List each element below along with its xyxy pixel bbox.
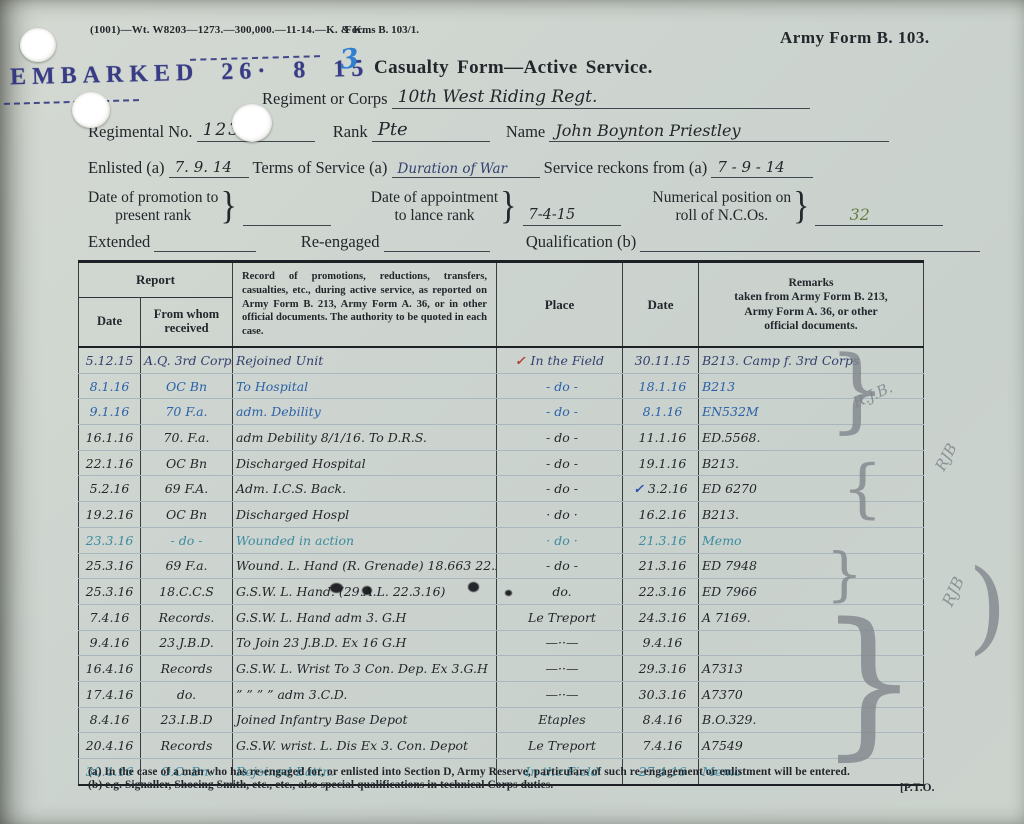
entry-record: adm. Debility xyxy=(233,399,497,425)
entry-remarks: EN532M xyxy=(699,399,924,425)
entry-report-date: 7.4.16 xyxy=(79,604,141,630)
entry-date: 18.1.16 xyxy=(623,373,699,399)
entry-remarks: B213. Camp f. 3rd Corps xyxy=(699,347,924,373)
pencil-brace: { xyxy=(842,452,883,526)
entry-report-date: 16.4.16 xyxy=(79,656,141,682)
entry-report-date: 16.1.16 xyxy=(79,425,141,451)
extended-field xyxy=(154,250,256,252)
entry-date-text: 30.11.15 xyxy=(635,353,691,368)
entry-report-date: 23.3.16 xyxy=(79,527,141,553)
entry-place-text: · do · xyxy=(546,507,577,522)
table-row: 8.1.16 OC Bn To Hospital - do - 18.1.16 … xyxy=(79,373,924,399)
entry-from-whom: do. xyxy=(141,681,233,707)
pencil-initials: RJB xyxy=(932,440,961,473)
table-row: 25.3.16 18.C.C.S G.S.W. L. Hand. (29.A.L… xyxy=(79,579,924,605)
brace-glyph: } xyxy=(218,185,238,229)
entry-report-date: 5.12.15 xyxy=(79,347,141,373)
table-row: 5.2.16 69 F.A. Adm. I.C.S. Back. - do - … xyxy=(79,476,924,502)
entry-date: 24.3.16 xyxy=(623,604,699,630)
entry-place: do. xyxy=(497,579,623,605)
header-report-date: Date xyxy=(79,298,141,348)
appointment-field: 7-4-15 xyxy=(523,207,621,226)
entry-from-whom: - do - xyxy=(141,527,233,553)
ink-blot xyxy=(362,586,372,595)
pencil-brace: ) xyxy=(968,548,1007,665)
entry-place-text: - do - xyxy=(546,481,578,496)
entry-date-text: 21.3.16 xyxy=(639,558,687,573)
qualification-label: Qualification (b) xyxy=(526,232,636,251)
table-row: 22.1.16 OC Bn Discharged Hospital - do -… xyxy=(79,450,924,476)
entry-date: 21.3.16 xyxy=(623,553,699,579)
entry-place: Le Treport xyxy=(497,733,623,759)
entry-record: Joined Infantry Base Depot xyxy=(233,707,497,733)
entry-record: Adm. I.C.S. Back. xyxy=(233,476,497,502)
entry-place: —··— xyxy=(497,681,623,707)
entry-record: G.S.W. L. Hand adm 3. G.H xyxy=(233,604,497,630)
entry-record: ” ” ” ” adm 3.C.D. xyxy=(233,681,497,707)
entry-report-date: 19.2.16 xyxy=(79,502,141,528)
entry-date: 30.3.16 xyxy=(623,681,699,707)
pencil-initials: RJB xyxy=(938,574,968,609)
entry-record: Wounded in action xyxy=(233,527,497,553)
reengaged-field xyxy=(384,250,490,252)
header-from-whom: From whom received xyxy=(141,298,233,348)
entry-from-whom: 69 F.a. xyxy=(141,553,233,579)
form-title: Casualty Form—Active Service. xyxy=(374,57,653,79)
entry-from-whom: 70 F.a. xyxy=(141,399,233,425)
appointment-value: 7-4-15 xyxy=(529,207,576,223)
entry-record: G.S.W. wrist. L. Dis Ex 3. Con. Depot xyxy=(233,733,497,759)
terms-label: Terms of Service (a) xyxy=(252,158,387,177)
entry-place-text: —··— xyxy=(546,635,579,650)
entry-date: 30.11.15 xyxy=(623,347,699,373)
entry-date-text: 30.3.16 xyxy=(639,687,687,702)
entry-record: To Join 23 J.B.D. Ex 16 G.H xyxy=(233,630,497,656)
entry-from-whom: 23.I.B.D xyxy=(141,707,233,733)
entry-remarks: Memo xyxy=(699,527,924,553)
punch-hole xyxy=(20,28,56,62)
entry-date-text: 8.4.16 xyxy=(643,712,683,727)
header-report: Report xyxy=(79,262,233,298)
entry-place-text: - do - xyxy=(546,430,578,445)
regiment-field: 10th West Riding Regt. xyxy=(392,88,810,109)
entry-date: 29.3.16 xyxy=(623,656,699,682)
entry-place: - do - xyxy=(497,373,623,399)
footnote-b: (b) e.g. Signaller, Shoeing Smith, etc.,… xyxy=(88,779,553,791)
entry-date-text: 29.3.16 xyxy=(639,661,687,676)
entry-from-whom: OC Bn xyxy=(141,450,233,476)
forms-reference: Forms B. 103/1. xyxy=(345,24,419,36)
entry-date: 8.4.16 xyxy=(623,707,699,733)
blue-check-mark: ✓ xyxy=(633,481,643,496)
terms-field: Duration of War xyxy=(392,159,540,178)
entry-place: Etaples xyxy=(497,707,623,733)
table-body: 5.12.15 A.Q. 3rd Corps Rejoined Unit ✓In… xyxy=(79,347,924,785)
header-date: Date xyxy=(623,262,699,348)
header-place: Place xyxy=(497,262,623,348)
rank-field: Pte xyxy=(372,121,490,142)
ink-blot xyxy=(468,582,479,592)
entry-from-whom: Records xyxy=(141,733,233,759)
reckons-value: 7 - 9 - 14 xyxy=(717,158,784,176)
red-check-mark: ✓ xyxy=(515,353,525,368)
enlisted-value: 7. 9. 14 xyxy=(175,158,232,176)
entry-date-text: 9.4.16 xyxy=(643,635,683,650)
entry-date: 22.3.16 xyxy=(623,579,699,605)
army-form-number: Army Form B. 103. xyxy=(780,28,930,48)
position-value: 32 xyxy=(821,205,869,224)
entry-place: - do - xyxy=(497,476,623,502)
entry-date-text: 22.3.16 xyxy=(639,584,687,599)
entry-date-text: 24.3.16 xyxy=(639,610,687,625)
entry-date-text: 3.2.16 xyxy=(648,481,688,496)
entry-remarks: ED.5568. xyxy=(699,425,924,451)
entry-record: Discharged Hospital xyxy=(233,450,497,476)
entry-date: ✓3.2.16 xyxy=(623,476,699,502)
entry-from-whom: A.Q. 3rd Corps xyxy=(141,347,233,373)
entry-date: 8.1.16 xyxy=(623,399,699,425)
entry-date: 11.1.16 xyxy=(623,425,699,451)
entry-report-date: 20.4.16 xyxy=(79,733,141,759)
ink-blot xyxy=(505,590,512,596)
entry-from-whom: 18.C.C.S xyxy=(141,579,233,605)
entry-report-date: 9.1.16 xyxy=(79,399,141,425)
table-row: 25.3.16 69 F.a. Wound. L. Hand (R. Grena… xyxy=(79,553,924,579)
entry-report-date: 9.4.16 xyxy=(79,630,141,656)
entry-date-text: 19.1.16 xyxy=(639,456,687,471)
entry-report-date: 17.4.16 xyxy=(79,681,141,707)
entry-place-text: Le Treport xyxy=(528,738,596,753)
entry-from-whom: OC Bn xyxy=(141,502,233,528)
appointment-label: Date of appointment to lance rank xyxy=(371,189,498,225)
entry-from-whom: OC Bn xyxy=(141,373,233,399)
pto-label: [P.T.O. xyxy=(900,782,935,794)
entry-record: Wound. L. Hand (R. Grenade) 18.663 22.26 xyxy=(233,553,497,579)
entry-place-text: · do · xyxy=(546,533,577,548)
reengaged-label: Re-engaged xyxy=(301,232,380,251)
entry-record: G.S.W. L. Wrist To 3 Con. Dep. Ex 3.G.H xyxy=(233,656,497,682)
name-field: John Boynton Priestley xyxy=(549,122,889,142)
entry-place: · do · xyxy=(497,502,623,528)
entry-report-date: 5.2.16 xyxy=(79,476,141,502)
entry-place-text: In the Field xyxy=(531,353,604,368)
entry-record: Rejoined Unit xyxy=(233,347,497,373)
entry-date-text: 18.1.16 xyxy=(639,379,687,394)
entry-date-text: 8.1.16 xyxy=(643,404,683,419)
scanned-form-page: (1001)—Wt. W8203—1273.—300,000.—11-14.—K… xyxy=(0,0,1024,824)
name-label: Name xyxy=(506,122,545,141)
entry-record: adm Debility 8/1/16. To D.R.S. xyxy=(233,425,497,451)
regiment-label: Regiment or Corps xyxy=(262,89,388,108)
entry-place: Le Treport xyxy=(497,604,623,630)
table-header: Report Record of promotions, reductions,… xyxy=(79,262,924,348)
copy-number: 3 xyxy=(338,43,360,76)
entry-date-text: 11.1.16 xyxy=(639,430,687,445)
table-row: 9.1.16 70 F.a. adm. Debility - do - 8.1.… xyxy=(79,399,924,425)
table-row: 20.4.16 Records G.S.W. wrist. L. Dis Ex … xyxy=(79,733,924,759)
entry-date: 19.1.16 xyxy=(623,450,699,476)
table-row: 19.2.16 OC Bn Discharged Hospl · do · 16… xyxy=(79,502,924,528)
entry-date: 21.3.16 xyxy=(623,527,699,553)
service-record-table: Report Record of promotions, reductions,… xyxy=(78,260,924,786)
entry-place: - do - xyxy=(497,553,623,579)
entry-place: ✓In the Field xyxy=(497,347,623,373)
entry-date-text: 7.4.16 xyxy=(643,738,683,753)
entry-place-text: Le Treport xyxy=(528,610,596,625)
regimental-no-label: Regimental No. xyxy=(88,122,192,141)
entry-place-text: - do - xyxy=(546,379,578,394)
header-record: Record of promotions, reductions, transf… xyxy=(233,262,497,348)
entry-report-date: 8.4.16 xyxy=(79,707,141,733)
entry-place: —··— xyxy=(497,630,623,656)
entry-remarks: B213. xyxy=(699,502,924,528)
entry-place-text: —··— xyxy=(546,661,579,676)
embarked-stamp: EMBARKED 26· 8 15 xyxy=(10,56,370,92)
punch-hole xyxy=(72,92,110,128)
entry-from-whom: 70. F.a. xyxy=(141,425,233,451)
entry-place-text: Etaples xyxy=(538,712,585,727)
entry-place-text: - do - xyxy=(546,456,578,471)
enlisted-field: 7. 9. 14 xyxy=(169,158,249,178)
table-row: 16.4.16 Records G.S.W. L. Wrist To 3 Con… xyxy=(79,656,924,682)
print-reference: (1001)—Wt. W8203—1273.—300,000.—11-14.—K… xyxy=(90,24,365,36)
enlisted-label: Enlisted (a) xyxy=(88,158,165,177)
entry-place: - do - xyxy=(497,425,623,451)
entry-from-whom: Records. xyxy=(141,604,233,630)
promotion-field xyxy=(243,207,331,226)
entry-place: —··— xyxy=(497,656,623,682)
brace-glyph: } xyxy=(498,185,518,229)
brace-glyph: } xyxy=(791,185,811,229)
entry-report-date: 8.1.16 xyxy=(79,373,141,399)
entry-date: 16.2.16 xyxy=(623,502,699,528)
punch-hole xyxy=(232,104,272,142)
table-row: 7.4.16 Records. G.S.W. L. Hand adm 3. G.… xyxy=(79,604,924,630)
promotion-label: Date of promotion to present rank xyxy=(88,189,218,225)
qualification-field xyxy=(640,250,980,252)
entry-from-whom: 23.J.B.D. xyxy=(141,630,233,656)
table-row: 16.1.16 70. F.a. adm Debility 8/1/16. To… xyxy=(79,425,924,451)
table-row: 8.4.16 23.I.B.D Joined Infantry Base Dep… xyxy=(79,707,924,733)
reckons-label: Service reckons from (a) xyxy=(544,158,708,177)
extended-label: Extended xyxy=(88,232,150,251)
table-row: 17.4.16 do. ” ” ” ” adm 3.C.D. —··— 30.3… xyxy=(79,681,924,707)
entry-place: - do - xyxy=(497,450,623,476)
entry-place-text: - do - xyxy=(546,404,578,419)
entry-date-text: 16.2.16 xyxy=(639,507,687,522)
position-field: 32 xyxy=(815,207,943,226)
rank-label: Rank xyxy=(333,122,368,141)
entry-from-whom: 69 F.A. xyxy=(141,476,233,502)
entry-remarks: ED 6270 xyxy=(699,476,924,502)
table-row: 9.4.16 23.J.B.D. To Join 23 J.B.D. Ex 16… xyxy=(79,630,924,656)
pencil-brace: } xyxy=(818,588,920,775)
entry-remarks: B213. xyxy=(699,450,924,476)
footnote-a: (a) In the case of a man who has re-enga… xyxy=(88,766,850,778)
entry-record: To Hospital xyxy=(233,373,497,399)
ink-blot xyxy=(330,583,343,593)
entry-report-date: 25.3.16 xyxy=(79,553,141,579)
rank-value: Pte xyxy=(378,119,408,140)
entry-date: 9.4.16 xyxy=(623,630,699,656)
reckons-field: 7 - 9 - 14 xyxy=(711,158,813,178)
position-label: Numerical position on roll of N.C.Os. xyxy=(653,189,792,225)
table-row: 23.3.16 - do - Wounded in action · do · … xyxy=(79,527,924,553)
entry-place: - do - xyxy=(497,399,623,425)
entry-place-text: do. xyxy=(552,584,571,599)
entry-remarks: ED 7948 xyxy=(699,553,924,579)
entry-from-whom: Records xyxy=(141,656,233,682)
header-remarks: Remarks taken from Army Form B. 213, Arm… xyxy=(699,262,924,348)
entry-date: 7.4.16 xyxy=(623,733,699,759)
terms-value: Duration of War xyxy=(398,161,508,177)
entry-place-text: - do - xyxy=(546,558,578,573)
table-row: 5.12.15 A.Q. 3rd Corps Rejoined Unit ✓In… xyxy=(79,347,924,373)
entry-place-text: —··— xyxy=(546,687,579,702)
entry-place: · do · xyxy=(497,527,623,553)
entry-date-text: 21.3.16 xyxy=(639,533,687,548)
entry-record: Discharged Hospl xyxy=(233,502,497,528)
entry-report-date: 25.3.16 xyxy=(79,579,141,605)
entry-report-date: 22.1.16 xyxy=(79,450,141,476)
name-value: John Boynton Priestley xyxy=(555,121,740,140)
stamp-underline xyxy=(4,99,139,105)
regiment-value: 10th West Riding Regt. xyxy=(398,87,598,107)
